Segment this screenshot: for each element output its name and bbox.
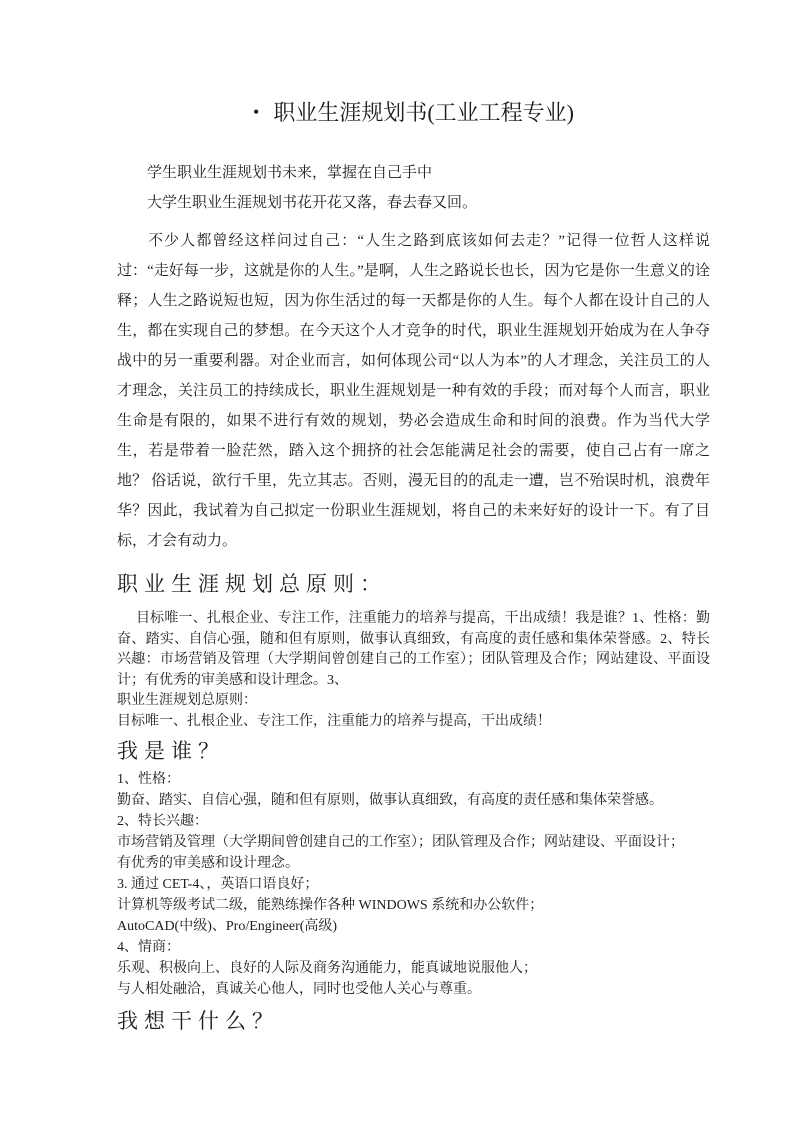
text-line: 勤奋、踏实、自信心强，随和但有原则，做事认真细致，有高度的责任感和集体荣誉感。 xyxy=(117,790,710,811)
document-title-text: 职业生涯规划书(工业工程专业) xyxy=(273,100,574,125)
text-line: AutoCAD(中级)、Pro/Engineer(高级) xyxy=(117,916,710,937)
opening-paragraph: 不少人都曾经这样问过自己：“人生之路到底该如何去走？”记得一位哲人这样说过：“走… xyxy=(117,226,710,556)
text-line: 大学生职业生涯规划书花开花又落，春去春又回。 xyxy=(147,188,710,218)
text-line: 3. 通过 CET-4、，英语口语良好； xyxy=(117,874,710,895)
principles-body: 目标唯一、扎根企业、专注工作，注重能力的培养与提高，干出成绩！我是谁？1、性格：… xyxy=(117,609,710,732)
text-line: 1、性格： xyxy=(117,769,710,790)
text-line: 职业生涯规划总原则： xyxy=(117,691,710,712)
document-page: •职业生涯规划书(工业工程专业) 学生职业生涯规划书未来，掌握在自己手中大学生职… xyxy=(0,0,793,1122)
intro-paragraph: 学生职业生涯规划书未来，掌握在自己手中大学生职业生涯规划书花开花又落，春去春又回… xyxy=(117,158,710,218)
document-title: •职业生涯规划书(工业工程专业) xyxy=(117,97,710,128)
text-line: 4、情商： xyxy=(117,937,710,958)
heading-who-am-i: 我是谁？ xyxy=(117,736,710,766)
principles-paragraph: 目标唯一、扎根企业、专注工作，注重能力的培养与提高，干出成绩！我是谁？1、性格：… xyxy=(117,609,710,691)
text-line: 有优秀的审美感和设计理念。 xyxy=(117,853,710,874)
text-line: 与人相处融洽，真诚关心他人，同时也受他人关心与尊重。 xyxy=(117,979,710,1000)
heading-principles: 职业生涯规划总原则： xyxy=(117,569,710,599)
text-line: 乐观、积极向上、良好的人际及商务沟通能力，能真诚地说服他人； xyxy=(117,958,710,979)
text-line: 学生职业生涯规划书未来，掌握在自己手中 xyxy=(147,158,710,188)
list-bullet-icon: • xyxy=(253,97,259,127)
principles-restatement: 职业生涯规划总原则：目标唯一、扎根企业、专注工作，注重能力的培养与提高，干出成绩… xyxy=(117,691,710,732)
text-line: 市场营销及管理（大学期间曾创建自己的工作室）；团队管理及合作；网站建设、平面设计… xyxy=(117,832,710,853)
heading-what-do-i-want: 我想干什么？ xyxy=(117,1006,710,1036)
text-line: 2、特长兴趣： xyxy=(117,811,710,832)
document-content: •职业生涯规划书(工业工程专业) 学生职业生涯规划书未来，掌握在自己手中大学生职… xyxy=(117,0,710,1036)
text-line: 计算机等级考试二级，能熟练操作各种 WINDOWS 系统和办公软件； xyxy=(117,895,710,916)
who-am-i-list: 1、性格：勤奋、踏实、自信心强，随和但有原则，做事认真细致，有高度的责任感和集体… xyxy=(117,769,710,1000)
text-line: 目标唯一、扎根企业、专注工作，注重能力的培养与提高，干出成绩！ xyxy=(117,712,710,733)
